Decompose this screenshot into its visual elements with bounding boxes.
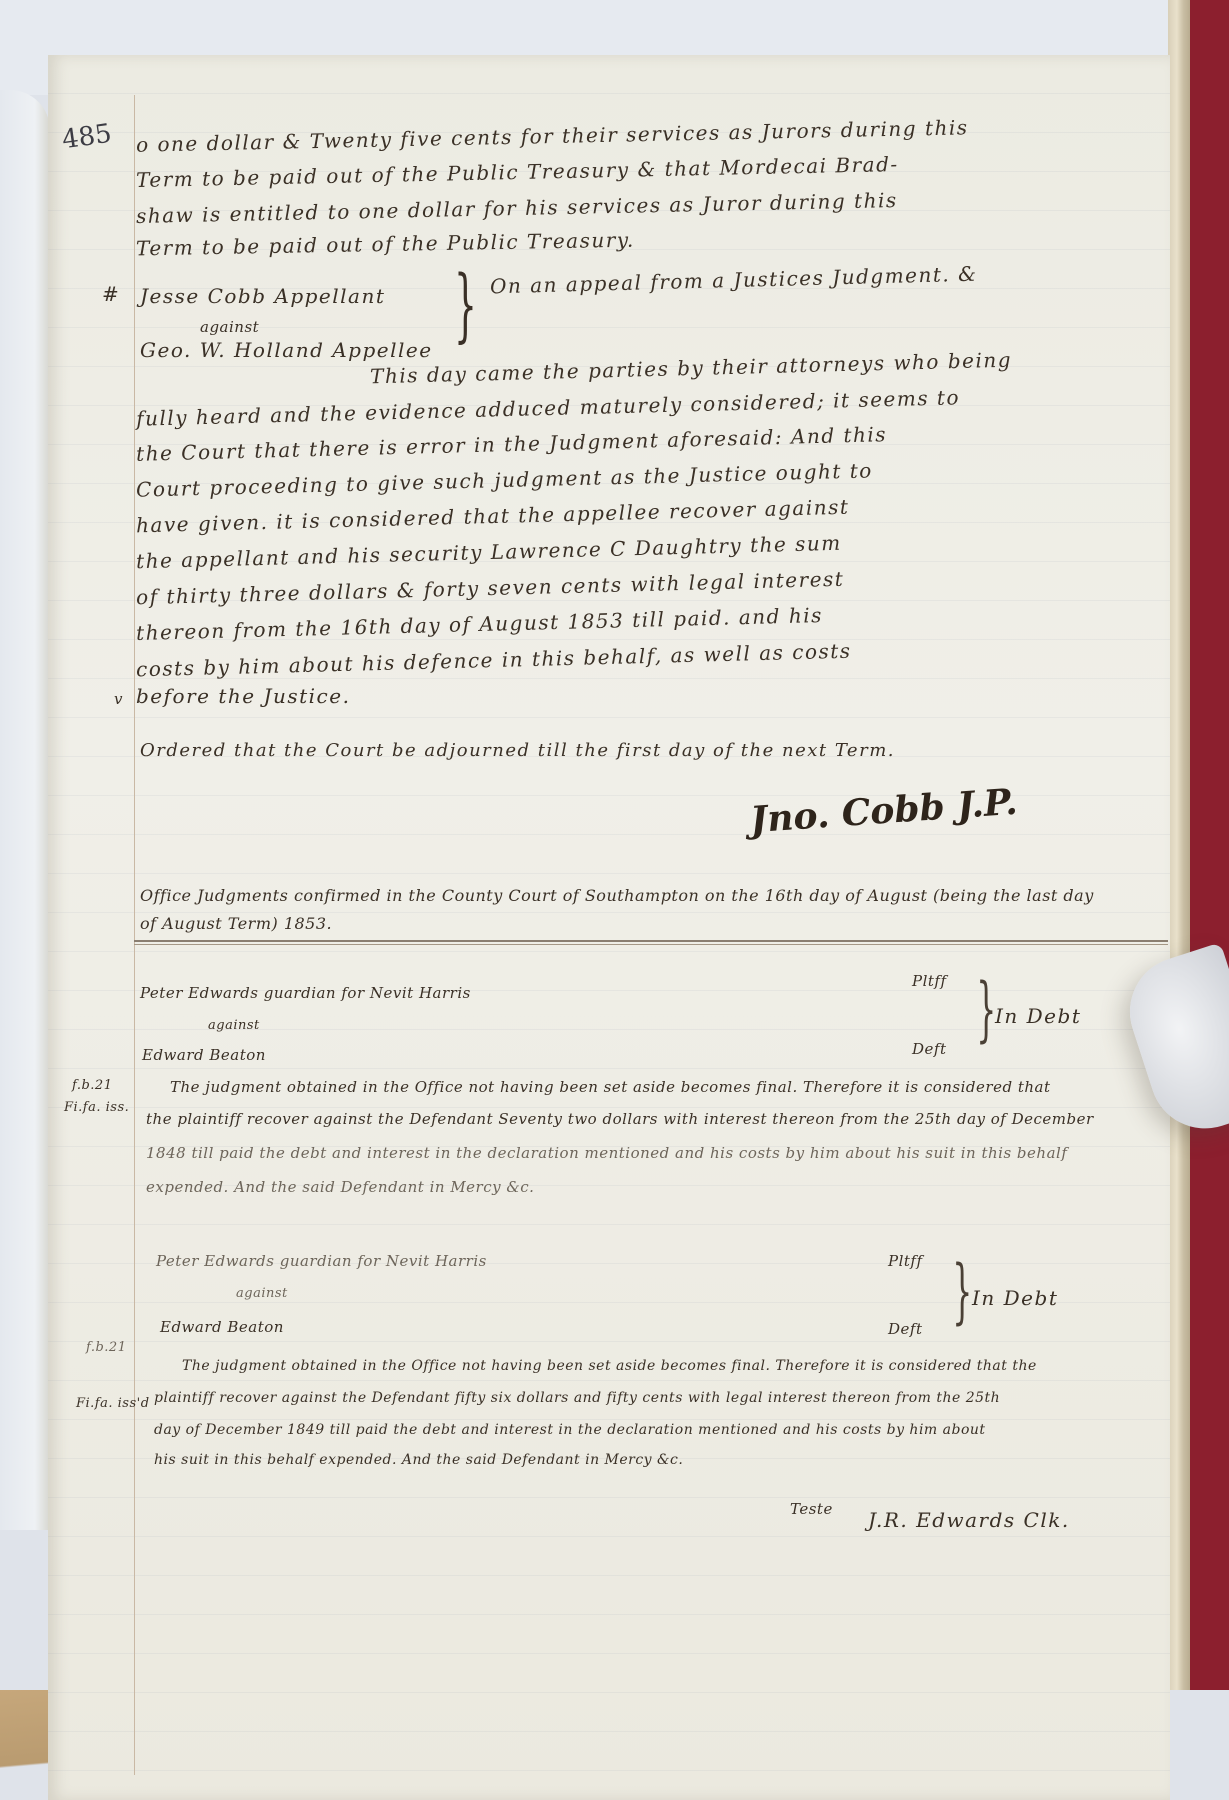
case-defendant: Edward Beaton [160,1318,284,1336]
against-label: against [200,318,259,336]
case-body-line: The judgment obtained in the Office not … [170,1078,1050,1096]
case-plaintiff: Peter Edwards guardian for Nevit Harris [156,1252,487,1270]
case-body-line: day of December 1849 till paid the debt … [154,1422,986,1438]
margin-rule [134,95,135,1775]
against-label: against [208,1018,260,1033]
margin-note: Fi.fa. iss'd [76,1396,150,1411]
case-body-line: his suit in this behalf expended. And th… [154,1452,683,1468]
against-label: against [236,1286,288,1301]
brace-icon: } [976,968,996,1050]
appellee-name: Geo. W. Holland Appellee [140,338,433,362]
case-defendant: Edward Beaton [142,1046,266,1064]
appellant-name: Jesse Cobb Appellant [140,284,385,308]
case-body-line: expended. And the said Defendant in Merc… [146,1178,534,1196]
margin-hash-mark: # [102,282,120,306]
case-body-line: 1848 till paid the debt and interest in … [146,1144,1067,1162]
margin-note: Fi.fa. iss. [64,1100,129,1115]
case-action: In Debt [972,1286,1058,1310]
plaintiff-label: Pltff [888,1252,923,1270]
section-divider [134,944,1168,945]
brace-icon: } [952,1250,972,1332]
brace-icon: } [454,258,477,351]
case-body-line: plaintiff recover against the Defendant … [154,1390,1000,1406]
case-plaintiff: Peter Edwards guardian for Nevit Harris [140,984,471,1002]
defendant-label: Deft [912,1040,946,1058]
office-judgments-heading: Office Judgments confirmed in the County… [140,886,1094,905]
appeal-body-line: before the Justice. [136,684,350,708]
facing-page-curl [0,90,50,1530]
case-body-line: The judgment obtained in the Office not … [182,1358,1037,1374]
margin-note: f.b.21 [72,1078,112,1093]
teste-label: Teste [790,1500,833,1518]
check-mark-icon: v [114,690,123,708]
margin-note: f.b.21 [86,1340,126,1355]
adjournment-order: Ordered that the Court be adjourned till… [140,740,895,761]
book-cover-red [1188,0,1229,1800]
defendant-label: Deft [888,1320,922,1338]
clerk-signature: J.R. Edwards Clk. [868,1508,1070,1532]
page-edges [1168,0,1190,1800]
section-divider [134,940,1168,942]
case-action: In Debt [995,1004,1081,1028]
office-judgments-heading: of August Term) 1853. [140,914,332,933]
case-body-line: the plaintiff recover against the Defend… [146,1110,1094,1128]
plaintiff-label: Pltff [912,972,947,990]
